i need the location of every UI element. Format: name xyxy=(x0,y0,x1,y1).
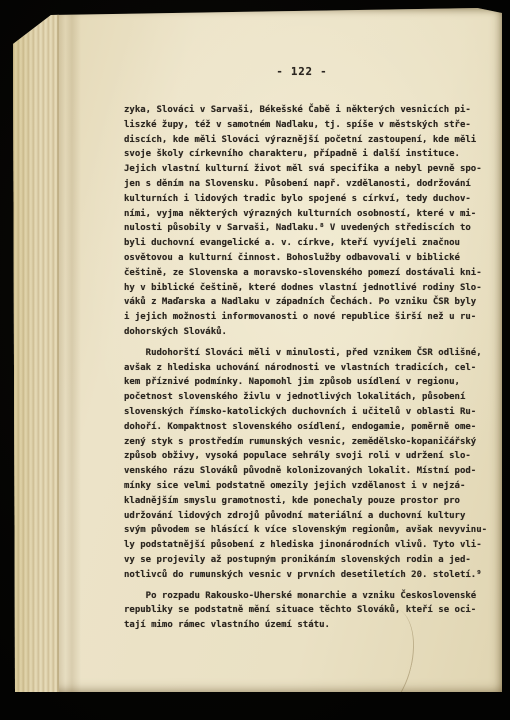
paragraph-2: Rudohorští Slováci měli v minulosti, pře… xyxy=(124,346,496,583)
book-gutter-fold-shadow xyxy=(57,8,81,692)
paragraph-3: Po rozpadu Rakousko-Uherské monarchie a … xyxy=(124,589,496,633)
paragraph-1: zyka, Slováci v Sarvaši, Békešské Čabě i… xyxy=(124,103,496,340)
book-page-edge-stack xyxy=(13,8,59,692)
page-number: - 122 - xyxy=(124,66,480,79)
page-body-text: zyka, Slováci v Sarvaši, Békešské Čabě i… xyxy=(124,103,496,633)
scanned-book-page: - 122 - zyka, Slováci v Sarvaši, Békešsk… xyxy=(13,8,502,692)
